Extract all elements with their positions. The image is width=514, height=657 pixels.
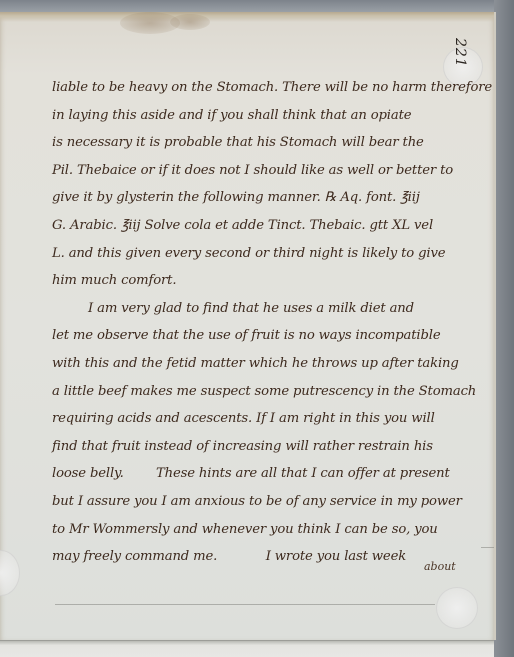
folio-number: 221 [452,38,468,68]
fold-line [55,604,435,605]
text-line: him much comfort. [52,267,484,295]
text-line: in laying this aside and if you shall th… [52,102,484,130]
text-line: to Mr Wommersly and whenever you think I… [52,516,484,544]
text-line: requiring acids and acescents. If I am r… [52,405,484,433]
text-line: liable to be heavy on the Stomach. There… [52,74,484,102]
text-line: L. and this given every second or third … [52,240,484,268]
library-stamp-circle [0,550,20,596]
letter-body: liable to be heavy on the Stomach. There… [52,74,484,571]
page-top-edge-foxing [0,12,494,22]
text-line: is necessary it is probable that his Sto… [52,129,484,157]
paragraph-start-line: I am very glad to find that he uses a mi… [52,295,484,323]
foxing-stain [170,14,210,30]
scan-backdrop-right [494,0,514,657]
library-stamp-circle [436,587,478,629]
text-line: but I assure you I am anxious to be of a… [52,488,484,516]
scan-backdrop-top [0,0,514,12]
text-line: Pil. Thebaice or if it does not I should… [52,157,484,185]
catchword: about [424,560,456,573]
text-line: let me observe that the use of fruit is … [52,322,484,350]
text-line: a little beef makes me suspect some putr… [52,378,484,406]
text-line: with this and the fetid matter which he … [52,350,484,378]
next-leaf-edge [0,640,494,657]
text-line: G. Arabic. ℥iij Solve cola et adde Tinct… [52,212,484,240]
text-line: may freely command me. I wrote you last … [52,543,484,571]
text-line: find that fruit instead of increasing wi… [52,433,484,461]
text-line: loose belly. These hints are all that I … [52,460,484,488]
text-line: give it by glysterin the following manne… [52,184,484,212]
